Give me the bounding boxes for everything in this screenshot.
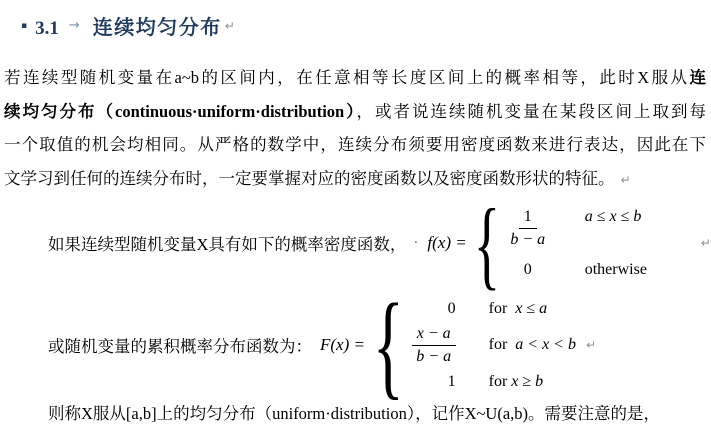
pdf-cases: 1b − a a ≤ x ≤ b 0 otherwise	[500, 208, 689, 279]
section-heading: ▪ 3.1 → 连续均匀分布 ↵	[21, 11, 235, 40]
text-run: 则称X服从[a,b]上的均匀分布（uniform·distribution），记…	[48, 404, 660, 423]
text-run: ，或者说连续随机变量在某段区间上取到每	[356, 102, 706, 121]
pdf-case-1: 1b − a a ≤ x ≤ b	[500, 208, 689, 249]
case-value: 1b − a	[500, 208, 556, 249]
formula-lhs: f(x) =	[427, 233, 466, 253]
cdf-formula-line: 或随机变量的累积概率分布函数为： F(x) = { 0 forx ≤ a x −…	[4, 292, 596, 398]
fraction: x − ab − a	[412, 325, 456, 366]
for-keyword: for	[489, 373, 508, 391]
bold-text-run: 续均匀分布（continuous·uniform·distribution）	[4, 102, 356, 121]
closing-paragraph: 则称X服从[a,b]上的均匀分布（uniform·distribution），记…	[4, 401, 708, 427]
denominator: b − a	[414, 346, 453, 366]
numerator: x − a	[412, 325, 456, 346]
paragraph-mark-icon: ↵	[225, 19, 235, 33]
cdf-cases: 0 forx ≤ a x − ab − a fora < x < b↵ 1 fo…	[404, 300, 596, 391]
pdf-case-2: 0 otherwise	[500, 261, 689, 279]
heading-title: 连续均匀分布	[93, 11, 222, 40]
paragraph-mark-icon: ↵	[586, 338, 596, 352]
text-run: 若连续型随机变量在a~b的区间内，在任意相等长度区间上的概率相等，此时X服从	[4, 68, 690, 87]
case-condition: otherwise	[585, 261, 689, 279]
cdf-case-1: 0 forx ≤ a	[404, 300, 596, 318]
left-brace: {	[373, 295, 404, 395]
text-run: 一个取值的机会均相同。从严格的数学中，连续分布须要用密度函数来进行表达，因此在下	[4, 135, 706, 154]
cdf-lead-text: 或随机变量的累积概率分布函数为：	[4, 333, 312, 357]
space-mark-icon: ·	[413, 235, 418, 252]
formula-lhs: F(x) =	[320, 335, 365, 355]
intro-paragraph: 若连续型随机变量在a~b的区间内，在任意相等长度区间上的概率相等，此时X服从连 …	[4, 61, 706, 195]
paragraph-mark-icon: ↵	[621, 173, 631, 187]
text-line-3: 一个取值的机会均相同。从严格的数学中，连续分布须要用密度函数来进行表达，因此在下	[4, 128, 706, 162]
case-condition: fora < x < b↵	[489, 336, 596, 354]
heading-bullet-icon: ▪	[21, 21, 27, 31]
text-run: 文学习到任何的连续分布时，一定要掌握对应的密度函数以及密度函数形状的特征。	[4, 169, 615, 188]
case-value: x − ab − a	[404, 325, 460, 366]
case-condition: forx ≥ b	[489, 373, 593, 391]
paragraph-mark-icon: ↵	[701, 236, 711, 250]
document-page: ▪ 3.1 → 连续均匀分布 ↵ 若连续型随机变量在a~b的区间内，在任意相等长…	[0, 0, 711, 440]
case-value: 0	[500, 261, 556, 279]
left-brace: {	[474, 201, 500, 286]
case-condition: a ≤ x ≤ b	[585, 208, 689, 226]
case-condition: forx ≤ a	[489, 300, 593, 318]
text-line-2: 续均匀分布（continuous·uniform·distribution），或…	[4, 95, 706, 129]
cdf-case-3: 1 forx ≥ b	[404, 373, 596, 391]
tab-mark-icon: →	[69, 18, 80, 33]
text-line-1: 若连续型随机变量在a~b的区间内，在任意相等长度区间上的概率相等，此时X服从连	[4, 61, 706, 95]
condition-expr: a < x < b	[515, 336, 576, 353]
heading-number: 3.1	[35, 18, 59, 40]
fraction: 1b − a	[508, 208, 547, 249]
pdf-lead-text: 如果连续型随机变量X具有如下的概率密度函数，	[4, 231, 406, 255]
condition-expr: x ≥ b	[511, 373, 543, 390]
case-value: 0	[404, 300, 460, 318]
denominator: b − a	[508, 229, 547, 249]
bold-text-run: 连	[690, 68, 707, 87]
numerator: 1	[519, 208, 537, 229]
cdf-case-2: x − ab − a fora < x < b↵	[404, 325, 596, 366]
case-value: 1	[404, 373, 460, 391]
pdf-formula-line: 如果连续型随机变量X具有如下的概率密度函数， · f(x) = { 1b − a…	[4, 197, 711, 289]
for-keyword: for	[489, 300, 508, 318]
text-line-4: 文学习到任何的连续分布时，一定要掌握对应的密度函数以及密度函数形状的特征。↵	[4, 162, 706, 196]
condition-expr: x ≤ a	[515, 300, 547, 317]
for-keyword: for	[489, 336, 508, 354]
